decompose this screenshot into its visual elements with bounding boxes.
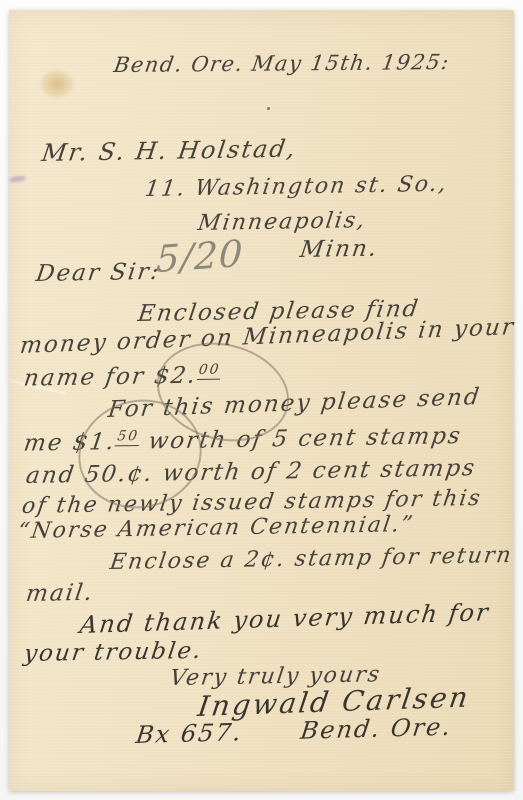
- ink-dot: [267, 107, 270, 110]
- ink-smudge: [9, 175, 27, 184]
- scan-background: Bend. Ore. May 15th. 1925: Mr. S. H. Hol…: [0, 0, 523, 800]
- body-line: And thank you very much for: [78, 599, 491, 638]
- dateline: Bend. Ore. May 15th. 1925:: [112, 51, 451, 77]
- recipient-city: Minneapolis,: [196, 209, 368, 236]
- recipient-name: Mr. S. H. Holstad,: [40, 136, 298, 167]
- letter-paper: Bend. Ore. May 15th. 1925: Mr. S. H. Hol…: [9, 10, 514, 791]
- salutation: Dear Sir:: [34, 260, 162, 287]
- recipient-state: Minn.: [298, 237, 380, 264]
- pencil-note: 5/20: [155, 232, 244, 281]
- stain-mark: [40, 70, 74, 98]
- body-line: your trouble.: [22, 639, 204, 667]
- body-line: “Norse American Centennial.”: [16, 513, 416, 544]
- body-line: mail.: [24, 581, 95, 607]
- body-line: Enclose a 2¢. stamp for return: [108, 544, 514, 575]
- sender-address: Bx 657. Bend. Ore.: [134, 714, 454, 749]
- recipient-street: 11. Washington st. So.,: [143, 173, 449, 202]
